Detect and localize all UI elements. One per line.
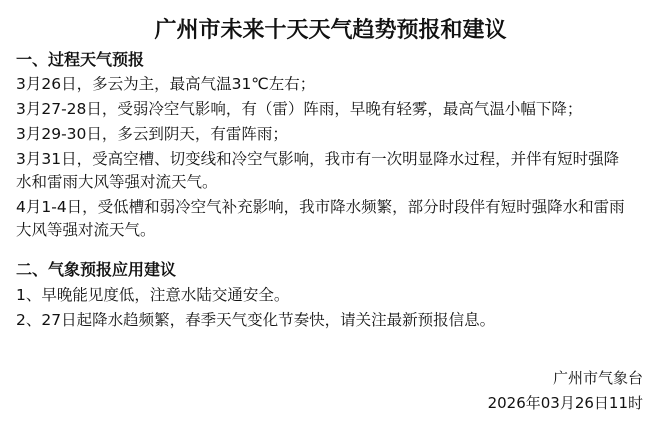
forecast-line: 水和雷雨大风等强对流天气。 [16, 171, 218, 193]
advice-line: 2、27日起降水趋频繁，春季天气变化节奏快，请关注最新预报信息。 [16, 309, 495, 331]
document-title: 广州市未来十天天气趋势预报和建议 [0, 16, 661, 46]
forecast-line: 3月27-28日，受弱冷空气影响，有（雷）阵雨，早晚有轻雾，最高气温小幅下降； [16, 98, 582, 120]
section-heading-advice: 二、气象预报应用建议 [16, 259, 176, 281]
forecast-line: 3月29-30日，多云到阴天，有雷阵雨； [16, 123, 288, 145]
forecast-line: 3月26日，多云为主，最高气温31℃左右； [16, 73, 315, 95]
section-heading-forecast: 一、过程天气预报 [16, 49, 144, 71]
forecast-line: 3月31日，受高空槽、切变线和冷空气影响，我市有一次明显降水过程，并伴有短时强降 [16, 148, 619, 170]
advice-line: 1、早晚能见度低，注意水陆交通安全。 [16, 284, 289, 306]
signature-org: 广州市气象台 [553, 367, 643, 389]
signature-datetime: 2026年03月26日11时 [488, 392, 643, 414]
forecast-line: 大风等强对流天气。 [16, 219, 156, 241]
forecast-line: 4月1-4日，受低槽和弱冷空气补充影响，我市降水频繁，部分时段伴有短时强降水和雷… [16, 196, 625, 218]
